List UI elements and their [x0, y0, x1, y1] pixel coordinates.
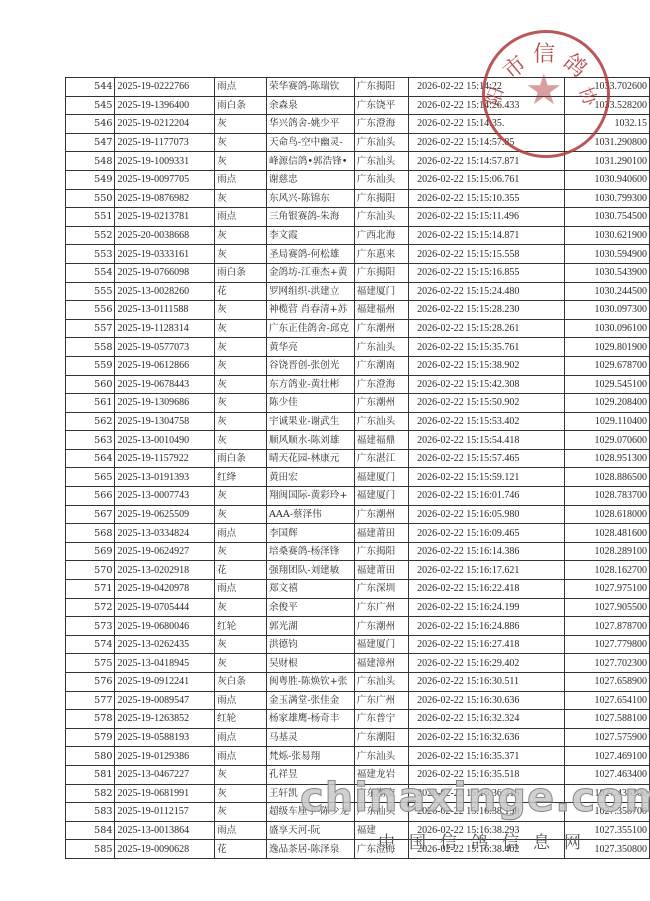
cell-rank: 576	[66, 673, 115, 692]
table-row: 5752025-13-0418945灰吴财根福建漳州2026-02-22 15:…	[66, 654, 650, 673]
cell-owner: AAA-蔡泽伟	[266, 505, 354, 524]
cell-color: 雨点	[215, 170, 267, 189]
cell-region: 福建福鼎	[354, 431, 408, 450]
cell-time: 2026-02-22 15:15:35.761	[409, 338, 564, 357]
cell-color: 灰	[215, 542, 267, 561]
cell-rank: 558	[66, 338, 115, 357]
cell-ring: 2025-19-0625509	[115, 505, 215, 524]
cell-color: 灰白条	[215, 673, 267, 692]
table-row: 5522025-20-0038668灰李文霞广西北海2026-02-22 15:…	[66, 226, 650, 245]
cell-speed: 1027.654100	[564, 691, 649, 710]
cell-region: 广东潮州	[354, 394, 408, 413]
cell-color: 花	[215, 840, 267, 859]
cell-color: 灰	[215, 505, 267, 524]
cell-color: 灰	[215, 431, 267, 450]
cell-owner: 神榄营 肖春清+苏	[266, 301, 354, 320]
table-row: 5502025-19-0876982灰东风兴-陈锦东广东揭阳2026-02-22…	[66, 189, 650, 208]
cell-rank: 571	[66, 580, 115, 599]
cell-rank: 560	[66, 375, 115, 394]
cell-time: 2026-02-22 15:15:57.465	[409, 449, 564, 468]
cell-speed: 1027.905500	[564, 598, 649, 617]
cell-speed: 1031.290800	[564, 133, 649, 152]
cell-time: 2026-02-22 15:15:50.902	[409, 394, 564, 413]
cell-rank: 554	[66, 263, 115, 282]
cell-rank: 547	[66, 133, 115, 152]
cell-ring: 2025-19-0876982	[115, 189, 215, 208]
cell-time: 2026-02-22 15:14:26.433	[409, 96, 564, 115]
cell-color: 灰	[215, 784, 267, 803]
cell-time: 2026-02-22 15:16:17.621	[409, 561, 564, 580]
cell-ring: 2025-19-0333161	[115, 245, 215, 264]
cell-time: 2026-02-22 15:15:14.871	[409, 226, 564, 245]
cell-ring: 2025-19-0912241	[115, 673, 215, 692]
cell-owner: 洪德钧	[266, 635, 354, 654]
cell-speed: 1027.779800	[564, 635, 649, 654]
cell-color: 雨点	[215, 691, 267, 710]
table-row: 5582025-19-0577073灰黄华亮广东汕头2026-02-22 15:…	[66, 338, 650, 357]
cell-color: 灰	[215, 375, 267, 394]
cell-rank: 575	[66, 654, 115, 673]
table-row: 5602025-19-0678443灰东方鸽业-黄壮彬广东澄海2026-02-2…	[66, 375, 650, 394]
cell-owner: 荣华赛鸽-陈瑞钦	[266, 78, 354, 97]
cell-speed: 1027.469100	[564, 747, 649, 766]
cell-time: 2026-02-22 15:15:28.261	[409, 319, 564, 338]
cell-rank: 581	[66, 765, 115, 784]
cell-region: 福建莆田	[354, 561, 408, 580]
cell-region: 福建莆田	[354, 524, 408, 543]
cell-owner: 培桑赛鸽-杨泽锋	[266, 542, 354, 561]
cell-owner: 顺风顺水-陈刘雄	[266, 431, 354, 450]
cell-owner: 杨家雄鹰-杨奇丰	[266, 710, 354, 729]
cell-owner: 晴天花园-林康元	[266, 449, 354, 468]
cell-color: 雨点	[215, 208, 267, 227]
cell-region: 广东广州	[354, 691, 408, 710]
table-row: 5452025-19-1396400雨白条余森泉广东饶平2026-02-22 1…	[66, 96, 650, 115]
cell-time: 2026-02-22 15:15:24.480	[409, 282, 564, 301]
cell-color: 灰	[215, 189, 267, 208]
cell-color: 雨白条	[215, 96, 267, 115]
cell-color: 雨白条	[215, 263, 267, 282]
cell-rank: 574	[66, 635, 115, 654]
table-row: 5792025-19-0588193雨点马基灵广东潮阳2026-02-22 15…	[66, 728, 650, 747]
table-row: 5592025-19-0612866灰谷饶晋创-张创光广东潮南2026-02-2…	[66, 356, 650, 375]
cell-owner: 谢慈忠	[266, 170, 354, 189]
cell-region: 福建厦门	[354, 487, 408, 506]
cell-owner: 三角银赛鸽-朱海	[266, 208, 354, 227]
cell-owner: 梵烁-张易翔	[266, 747, 354, 766]
cell-speed: 1028.783700	[564, 487, 649, 506]
cell-time: 2026-02-22 15:16:09.465	[409, 524, 564, 543]
cell-region: 福建厦门	[354, 282, 408, 301]
cell-rank: 579	[66, 728, 115, 747]
table-row: 5712025-19-0420978雨点郑文禧广东深圳2026-02-22 15…	[66, 580, 650, 599]
cell-rank: 553	[66, 245, 115, 264]
table-row: 5542025-19-0766098雨白条金鸽坊-江垂杰+黄广东揭阳2026-0…	[66, 263, 650, 282]
table-row: 5622025-19-1304758灰宇诚果业-谢武生广东汕头2026-02-2…	[66, 412, 650, 431]
cell-ring: 2025-19-1263852	[115, 710, 215, 729]
cell-ring: 2025-19-0612866	[115, 356, 215, 375]
cell-ring: 2025-19-0089547	[115, 691, 215, 710]
cell-owner: 逸品茶居-陈泽泉	[266, 840, 354, 859]
cell-owner: 马基灵	[266, 728, 354, 747]
cell-owner: 黄华亮	[266, 338, 354, 357]
cell-color: 雨点	[215, 524, 267, 543]
cell-speed: 1028.481600	[564, 524, 649, 543]
cell-rank: 585	[66, 840, 115, 859]
table-row: 5682025-13-0334824雨点李国辉福建莆田2026-02-22 15…	[66, 524, 650, 543]
cell-owner: 罗网组织-洪建立	[266, 282, 354, 301]
cell-owner: 东方鸽业-黄壮彬	[266, 375, 354, 394]
cell-owner: 闽粤胜-陈焕钦+张	[266, 673, 354, 692]
cell-ring: 2025-19-0705444	[115, 598, 215, 617]
cell-region: 广东潮州	[354, 319, 408, 338]
cell-owner: 圣局赛鸽-何松雄	[266, 245, 354, 264]
cell-region: 广东潮州	[354, 617, 408, 636]
cell-ring: 2025-13-0262435	[115, 635, 215, 654]
cell-rank: 566	[66, 487, 115, 506]
cell-ring: 2025-19-0112157	[115, 803, 215, 822]
cell-speed: 1030.594900	[564, 245, 649, 264]
table-row: 5492025-19-0097705雨点谢慈忠广东汕头2026-02-22 15…	[66, 170, 650, 189]
table-row: 5472025-19-1177073灰天命鸟-空中幽灵-广东汕头2026-02-…	[66, 133, 650, 152]
cell-speed: 1033.528200	[564, 96, 649, 115]
cell-ring: 2025-13-0111588	[115, 301, 215, 320]
cell-rank: 564	[66, 449, 115, 468]
cell-region: 广东汕头	[354, 747, 408, 766]
cell-ring: 2025-19-0213781	[115, 208, 215, 227]
cell-color: 雨点	[215, 728, 267, 747]
cell-speed: 1030.096100	[564, 319, 649, 338]
cell-region: 广东汕头	[354, 133, 408, 152]
cell-region: 广东深圳	[354, 580, 408, 599]
cell-ring: 2025-19-0420978	[115, 580, 215, 599]
cell-ring: 2025-13-0202918	[115, 561, 215, 580]
cell-ring: 2025-13-0010490	[115, 431, 215, 450]
cell-region: 广东潮州	[354, 505, 408, 524]
cell-time: 2026-02-22 15:16:27.418	[409, 635, 564, 654]
cell-color: 灰	[215, 301, 267, 320]
cell-time: 2026-02-22 15:14:57.871	[409, 152, 564, 171]
cell-region: 广东揭阳	[354, 189, 408, 208]
results-sheet: 5442025-19-0222766雨点荣华赛鸽-陈瑞钦广东揭阳2026-02-…	[65, 77, 650, 859]
cell-speed: 1029.678700	[564, 356, 649, 375]
cell-speed: 1027.878700	[564, 617, 649, 636]
cell-speed: 1030.754500	[564, 208, 649, 227]
cell-rank: 570	[66, 561, 115, 580]
cell-region: 广东汕头	[354, 208, 408, 227]
cell-color: 红轮	[215, 617, 267, 636]
table-row: 5612025-19-1309686灰陈少佳广东潮州2026-02-22 15:…	[66, 394, 650, 413]
cell-speed: 1030.097300	[564, 301, 649, 320]
cell-rank: 565	[66, 468, 115, 487]
cell-color: 雨点	[215, 78, 267, 97]
cell-ring: 2025-19-0766098	[115, 263, 215, 282]
cell-owner: 李文霞	[266, 226, 354, 245]
table-row: 5772025-19-0089547雨点金玉满堂-张佳金广东广州2026-02-…	[66, 691, 650, 710]
cell-time: 2026-02-22 15:15:54.418	[409, 431, 564, 450]
cell-time: 2026-02-22 15:16:24.886	[409, 617, 564, 636]
cell-ring: 2025-19-1396400	[115, 96, 215, 115]
cell-ring: 2025-19-0222766	[115, 78, 215, 97]
cell-speed: 1027.702300	[564, 654, 649, 673]
cell-region: 福建福州	[354, 301, 408, 320]
cell-speed: 1027.975100	[564, 580, 649, 599]
cell-owner: 峰源信鸽•郭浩锋•	[266, 152, 354, 171]
cell-color: 灰	[215, 338, 267, 357]
table-row: 5742025-13-0262435灰洪德钧福建厦门2026-02-22 15:…	[66, 635, 650, 654]
table-row: 5762025-19-0912241灰白条闽粤胜-陈焕钦+张广东汕头2026-0…	[66, 673, 650, 692]
cell-region: 广东饶平	[354, 96, 408, 115]
cell-color: 雨点	[215, 580, 267, 599]
cell-owner: 广东正佳鸽舍-邱克	[266, 319, 354, 338]
cell-time: 2026-02-22 15:16:14.386	[409, 542, 564, 561]
cell-speed: 1028.289100	[564, 542, 649, 561]
cell-color: 灰	[215, 654, 267, 673]
cell-color: 灰	[215, 133, 267, 152]
cell-time: 2026-02-22 15:16:05.980	[409, 505, 564, 524]
cell-time: 2026-02-22 15:15:11.496	[409, 208, 564, 227]
cell-owner: 盛享天河-阮	[266, 821, 354, 840]
cell-color: 灰	[215, 152, 267, 171]
table-row: 5802025-19-0129386雨点梵烁-张易翔广东汕头2026-02-22…	[66, 747, 650, 766]
cell-time: 2026-02-22 15:14:57.85	[409, 133, 564, 152]
cell-time: 2026-02-22 15:16:35.371	[409, 747, 564, 766]
cell-rank: 563	[66, 431, 115, 450]
cell-owner: 翔闽国际-黄彩玲+	[266, 487, 354, 506]
cell-rank: 584	[66, 821, 115, 840]
table-row: 5722025-19-0705444灰余俊平广东广州2026-02-22 15:…	[66, 598, 650, 617]
cell-rank: 545	[66, 96, 115, 115]
table-row: 5672025-19-0625509灰AAA-蔡泽伟广东潮州2026-02-22…	[66, 505, 650, 524]
cell-time: 2026-02-22 15:16:32.324	[409, 710, 564, 729]
cell-time: 2026-02-22 15:15:06.761	[409, 170, 564, 189]
cell-color: 雨白条	[215, 449, 267, 468]
cell-rank: 559	[66, 356, 115, 375]
cell-speed: 1030.621900	[564, 226, 649, 245]
cell-ring: 2025-13-0467227	[115, 765, 215, 784]
cell-region: 广东汕头	[354, 338, 408, 357]
cell-color: 灰	[215, 412, 267, 431]
cell-time: 2026-02-22 15:16:01.746	[409, 487, 564, 506]
cell-rank: 544	[66, 78, 115, 97]
cell-speed: 1031.290100	[564, 152, 649, 171]
cell-rank: 582	[66, 784, 115, 803]
cell-region: 广东广州	[354, 598, 408, 617]
cell-ring: 2025-19-1309686	[115, 394, 215, 413]
cell-region: 广西北海	[354, 226, 408, 245]
cell-region: 福建厦门	[354, 468, 408, 487]
cell-ring: 2025-19-0678443	[115, 375, 215, 394]
cell-owner: 宇诚果业-谢武生	[266, 412, 354, 431]
cell-owner: 李国辉	[266, 524, 354, 543]
cell-time: 2026-02-22 15:16:29.402	[409, 654, 564, 673]
cell-rank: 572	[66, 598, 115, 617]
cell-rank: 551	[66, 208, 115, 227]
cell-speed: 1029.070600	[564, 431, 649, 450]
cell-time: 2026-02-22 15:16:30.636	[409, 691, 564, 710]
cell-region: 福建漳州	[354, 654, 408, 673]
cell-rank: 550	[66, 189, 115, 208]
cell-time: 2026-02-22 15:15:59.121	[409, 468, 564, 487]
cell-ring: 2025-19-1177073	[115, 133, 215, 152]
cell-rank: 578	[66, 710, 115, 729]
table-row: 5572025-19-1128314灰广东正佳鸽舍-邱克广东潮州2026-02-…	[66, 319, 650, 338]
cell-owner: 华兴鸽舍-姚少平	[266, 115, 354, 134]
cell-speed: 1027.575900	[564, 728, 649, 747]
cell-color: 灰	[215, 394, 267, 413]
cell-ring: 2025-19-0681991	[115, 784, 215, 803]
cell-color: 灰	[215, 115, 267, 134]
cell-rank: 552	[66, 226, 115, 245]
cell-color: 灰	[215, 226, 267, 245]
cell-ring: 2025-19-0588193	[115, 728, 215, 747]
table-row: 5782025-19-1263852红轮杨家雄鹰-杨奇丰广东普宁2026-02-…	[66, 710, 650, 729]
cell-region: 广东湛江	[354, 449, 408, 468]
watermark-latin: chinaxinge.com	[300, 775, 650, 821]
table-row: 5732025-19-0680046红轮郭光湖广东潮州2026-02-22 15…	[66, 617, 650, 636]
cell-time: 2026-02-22 15:16:30.511	[409, 673, 564, 692]
cell-speed: 1029.801900	[564, 338, 649, 357]
cell-rank: 546	[66, 115, 115, 134]
cell-speed: 1027.588100	[564, 710, 649, 729]
table-row: 5552025-13-0028260花罗网组织-洪建立福建厦门2026-02-2…	[66, 282, 650, 301]
cell-owner: 天命鸟-空中幽灵-	[266, 133, 354, 152]
cell-color: 雨点	[215, 821, 267, 840]
cell-speed: 1028.618000	[564, 505, 649, 524]
cell-rank: 568	[66, 524, 115, 543]
cell-time: 2026-02-22 15:16:24.199	[409, 598, 564, 617]
cell-region: 广东汕头	[354, 673, 408, 692]
cell-speed: 1028.162700	[564, 561, 649, 580]
cell-speed: 1029.208400	[564, 394, 649, 413]
table-row: 5652025-13-0191393红绛黄田宏福建厦门2026-02-22 15…	[66, 468, 650, 487]
cell-ring: 2025-13-0418945	[115, 654, 215, 673]
cell-time: 2026-02-22 15:15:15.558	[409, 245, 564, 264]
cell-region: 广东潮阳	[354, 728, 408, 747]
cell-ring: 2025-19-0680046	[115, 617, 215, 636]
cell-owner: 余森泉	[266, 96, 354, 115]
cell-region: 广东揭阳	[354, 78, 408, 97]
cell-ring: 2025-19-1157922	[115, 449, 215, 468]
cell-ring: 2025-13-0334824	[115, 524, 215, 543]
cell-region: 广东汕头	[354, 152, 408, 171]
cell-color: 灰	[215, 245, 267, 264]
table-row: 5462025-19-0212204灰华兴鸽舍-姚少平广东澄海2026-02-2…	[66, 115, 650, 134]
cell-region: 广东普宁	[354, 710, 408, 729]
cell-region: 广东惠来	[354, 245, 408, 264]
cell-color: 灰	[215, 319, 267, 338]
cell-region: 广东潮南	[354, 356, 408, 375]
cell-speed: 1028.951300	[564, 449, 649, 468]
cell-color: 红轮	[215, 710, 267, 729]
cell-speed: 1032.15	[564, 115, 649, 134]
cell-owner: 金鸽坊-江垂杰+黄	[266, 263, 354, 282]
cell-ring: 2025-13-0191393	[115, 468, 215, 487]
cell-region: 广东揭阳	[354, 263, 408, 282]
cell-color: 灰	[215, 635, 267, 654]
cell-region: 福建厦门	[354, 635, 408, 654]
cell-owner: 郑文禧	[266, 580, 354, 599]
cell-ring: 2025-19-1128314	[115, 319, 215, 338]
cell-color: 花	[215, 282, 267, 301]
cell-speed: 1029.110400	[564, 412, 649, 431]
cell-ring: 2025-19-1009331	[115, 152, 215, 171]
cell-owner: 黄田宏	[266, 468, 354, 487]
cell-color: 花	[215, 561, 267, 580]
cell-ring: 2025-19-0097705	[115, 170, 215, 189]
cell-time: 2026-02-22 15:16:32.636	[409, 728, 564, 747]
cell-speed: 1030.244500	[564, 282, 649, 301]
cell-ring: 2025-19-0212204	[115, 115, 215, 134]
cell-time: 2026-02-22 15:15:16.855	[409, 263, 564, 282]
cell-rank: 549	[66, 170, 115, 189]
cell-color: 灰	[215, 765, 267, 784]
cell-time: 2026-02-22 15:15:10.355	[409, 189, 564, 208]
table-row: 5442025-19-0222766雨点荣华赛鸽-陈瑞钦广东揭阳2026-02-…	[66, 78, 650, 97]
table-row: 5702025-13-0202918花强翔团队-刘建敏福建莆田2026-02-2…	[66, 561, 650, 580]
cell-rank: 583	[66, 803, 115, 822]
table-row: 5642025-19-1157922雨白条晴天花园-林康元广东湛江2026-02…	[66, 449, 650, 468]
table-row: 5512025-19-0213781雨点三角银赛鸽-朱海广东汕头2026-02-…	[66, 208, 650, 227]
cell-owner: 余俊平	[266, 598, 354, 617]
cell-color: 灰	[215, 356, 267, 375]
cell-time: 2026-02-22 15:15:42.308	[409, 375, 564, 394]
cell-color: 红绛	[215, 468, 267, 487]
cell-ring: 2025-19-1304758	[115, 412, 215, 431]
cell-region: 广东汕头	[354, 412, 408, 431]
cell-rank: 557	[66, 319, 115, 338]
cell-owner: 吴财根	[266, 654, 354, 673]
cell-ring: 2025-20-0038668	[115, 226, 215, 245]
stamp-char: 信	[533, 37, 555, 68]
cell-owner: 东风兴-陈锦东	[266, 189, 354, 208]
table-row: 5562025-13-0111588灰神榄营 肖春清+苏福建福州2026-02-…	[66, 301, 650, 320]
cell-speed: 1033.702600	[564, 78, 649, 97]
cell-region: 广东揭阳	[354, 542, 408, 561]
cell-color: 雨点	[215, 747, 267, 766]
cell-rank: 561	[66, 394, 115, 413]
cell-time: 2026-02-22 15:16:22.418	[409, 580, 564, 599]
cell-speed: 1030.940600	[564, 170, 649, 189]
cell-color: 灰	[215, 803, 267, 822]
cell-rank: 573	[66, 617, 115, 636]
cell-ring: 2025-19-0577073	[115, 338, 215, 357]
cell-speed: 1029.545100	[564, 375, 649, 394]
cell-speed: 1030.543900	[564, 263, 649, 282]
cell-owner: 金玉满堂-张佳金	[266, 691, 354, 710]
table-row: 5632025-13-0010490灰顺风顺水-陈刘雄福建福鼎2026-02-2…	[66, 431, 650, 450]
cell-time: 2026-02-22 15:15:53.402	[409, 412, 564, 431]
cell-owner: 郭光湖	[266, 617, 354, 636]
cell-speed: 1027.658900	[564, 673, 649, 692]
cell-time: 2026-02-22 15:15:38.902	[409, 356, 564, 375]
cell-owner: 陈少佳	[266, 394, 354, 413]
cell-ring: 2025-19-0624927	[115, 542, 215, 561]
cell-time: 2026-02-22 15:14:22	[409, 78, 564, 97]
cell-rank: 556	[66, 301, 115, 320]
cell-rank: 577	[66, 691, 115, 710]
cell-ring: 2025-13-0007743	[115, 487, 215, 506]
watermark-chinese: 中国信鸽信息网	[378, 828, 595, 853]
cell-speed: 1028.886500	[564, 468, 649, 487]
cell-owner: 强翔团队-刘建敏	[266, 561, 354, 580]
table-row: 5532025-19-0333161灰圣局赛鸽-何松雄广东惠来2026-02-2…	[66, 245, 650, 264]
cell-color: 灰	[215, 598, 267, 617]
cell-rank: 580	[66, 747, 115, 766]
cell-color: 灰	[215, 487, 267, 506]
cell-rank: 569	[66, 542, 115, 561]
cell-ring: 2025-19-0129386	[115, 747, 215, 766]
